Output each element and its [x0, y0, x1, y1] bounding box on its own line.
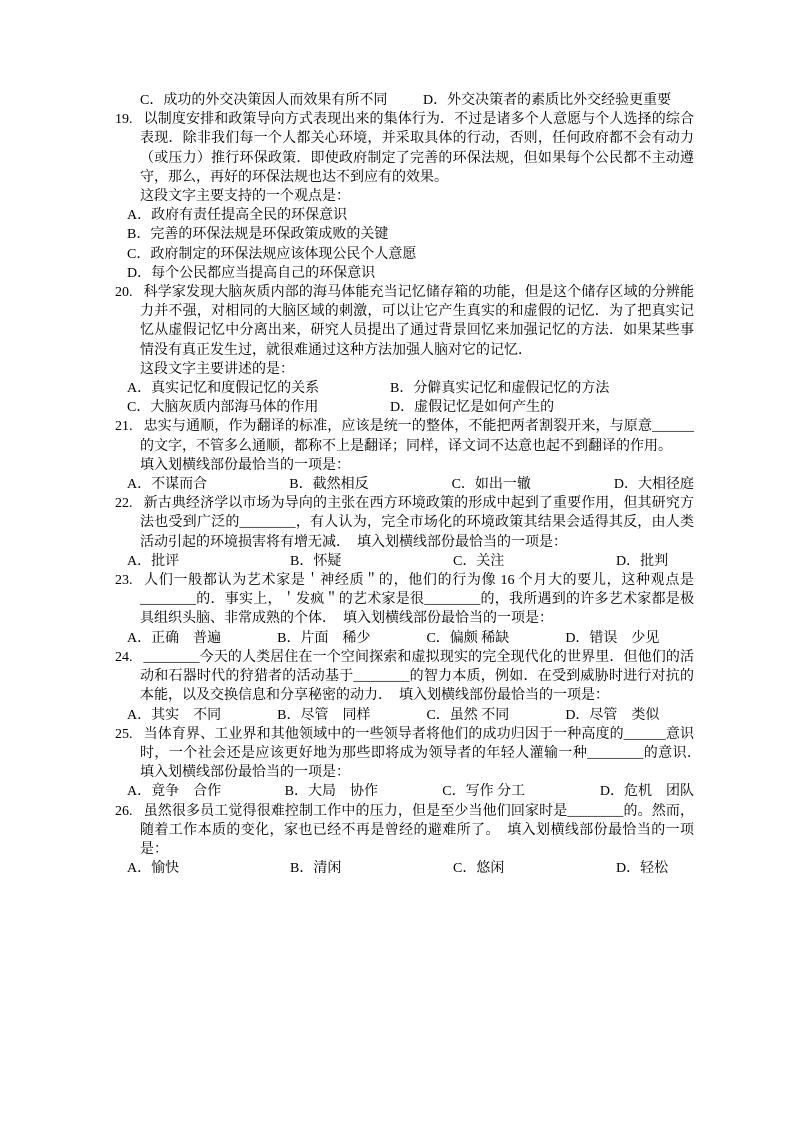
question-23-options: A．正确 普遍B．片面 稀少C．偏颇 稀缺D．错误 少见	[105, 629, 694, 648]
question-21-option-a: A．不谋而合	[127, 475, 289, 494]
question-21-stem: 填入划横线部份最恰当的一项是：	[103, 456, 694, 475]
question-21-option-d: D．大相径庭	[614, 475, 694, 494]
question-19-option-a: A．政府有责任提高全民的环保意识	[127, 206, 694, 225]
question-18-option-d: D．外交决策者的素质比外交经验更重要	[423, 91, 671, 110]
question-20-option-d: D．虚假记忆是如何产生的	[390, 398, 694, 417]
question-23-body: 23.人们一般都认为艺术家是＇神经质＂的，他们的行为像 16 个月大的要儿，这种…	[103, 571, 694, 629]
question-24: 24.________今天的人类居住在一个空间探索和虚拟现实的完全现代化的世界里…	[103, 648, 694, 725]
question-21-text: 忠实与通顺，作为翻译的标准，应该是统一的整体，不能把两者割裂开来，与原意____…	[140, 419, 694, 453]
question-21-option-c: C．如出一辙	[452, 475, 614, 494]
question-24-option-d: D．尽管 类似	[565, 708, 659, 723]
question-26-option-b: B．清闲	[290, 859, 453, 878]
question-22-option-b: B．怀疑	[290, 552, 453, 571]
question-24-number: 24.	[115, 650, 133, 665]
question-22: 22.新古典经济学以市场为导向的主张在西方环境政策的形成中起到了重要作用，但其研…	[103, 494, 694, 571]
question-22-option-c: C．关注	[453, 552, 616, 571]
question-25: 25.当体育界、工业界和其他领域中的一些领导者将他们的成功归因于一种高度的___…	[103, 725, 694, 802]
question-22-body: 22.新古典经济学以市场为导向的主张在西方环境政策的形成中起到了重要作用，但其研…	[103, 494, 694, 552]
question-20-option-a: A．真实记忆和度假记忆的关系	[127, 379, 390, 398]
question-20-option-b: B．分僻真实记忆和虚假记忆的方法	[390, 379, 694, 398]
question-20-option-c: C．大脑灰质内部海马体的作用	[127, 398, 390, 417]
question-19-option-d: D．每个公民都应当提高自己的环保意识	[127, 264, 694, 283]
question-20-body: 20.科学家发现大脑灰质内部的海马体能充当记忆储存箱的功能，但是这个储存区域的分…	[103, 283, 694, 360]
question-19-stem: 这段文字主要支持的一个观点是：	[103, 187, 694, 206]
question-24-options: A．其实 不同B．尽管 同样C．虽然 不同D．尽管 类似	[105, 706, 694, 725]
question-21-number: 21.	[115, 419, 133, 434]
exam-page: C．成功的外交决策因人而效果有所不同 D．外交决策者的素质比外交经验更重要 19…	[0, 0, 794, 1123]
question-18-tail-options: C．成功的外交决策因人而效果有所不同 D．外交决策者的素质比外交经验更重要	[103, 91, 694, 110]
question-18-option-c: C．成功的外交决策因人而效果有所不同	[140, 91, 423, 110]
question-21-option-b: B．截然相反	[289, 475, 451, 494]
question-26-option-c: C．悠闲	[453, 859, 616, 878]
question-19-options: A．政府有责任提高全民的环保意识 B．完善的环保法规是环保政策成败的关键 C．政…	[103, 206, 694, 283]
question-19-text: 以制度安排和政策导向方式表现出来的集体行为．不过是诸多个人意愿与个人选择的综合表…	[140, 112, 694, 185]
question-26-option-d: D．轻松	[616, 859, 668, 878]
question-22-text: 新古典经济学以市场为导向的主张在西方环境政策的形成中起到了重要作用，但其研究方法…	[140, 496, 694, 549]
question-19-number: 19.	[115, 112, 133, 127]
question-21-body: 21.忠实与通顺，作为翻译的标准，应该是统一的整体，不能把两者割裂开来，与原意_…	[103, 417, 694, 455]
question-25-number: 25.	[115, 727, 133, 742]
question-19-option-c: C．政府制定的环保法规应该体现公民个人意愿	[127, 245, 694, 264]
question-24-text: ________今天的人类居住在一个空间探索和虚拟现实的完全现代化的世界里．但他…	[140, 650, 694, 703]
question-26-body: 26.虽然很多员工觉得很难控制工作中的压力，但是至少当他们回家时是_______…	[103, 802, 694, 860]
question-21: 21.忠实与通顺，作为翻译的标准，应该是统一的整体，不能把两者割裂开来，与原意_…	[103, 417, 694, 494]
question-26-options: A．愉快 B．清闲 C．悠闲 D．轻松	[103, 859, 694, 878]
question-25-options: A．竟争 合作 B．大局 协作 C．写作 分工 D．危机 团队	[103, 782, 694, 801]
question-25-option-a: A．竟争 合作	[127, 782, 285, 801]
question-26-option-a: A．愉快	[127, 859, 290, 878]
question-25-text: 当体育界、工业界和其他领域中的一些领导者将他们的成功归因于一种高度的______…	[140, 727, 708, 780]
question-20-number: 20.	[115, 285, 133, 300]
question-24-option-c: C．虽然 不同	[426, 708, 509, 723]
question-20-options: A．真实记忆和度假记忆的关系 B．分僻真实记忆和虚假记忆的方法 C．大脑灰质内部…	[103, 379, 694, 417]
question-23-option-c: C．偏颇 稀缺	[426, 631, 509, 646]
question-23: 23.人们一般都认为艺术家是＇神经质＂的，他们的行为像 16 个月大的要儿，这种…	[103, 571, 694, 648]
question-26-text: 虽然很多员工觉得很难控制工作中的压力，但是至少当他们回家时是________的。…	[140, 804, 694, 857]
question-19-option-b: B．完善的环保法规是环保政策成败的关键	[127, 225, 694, 244]
question-20-stem: 这段文字主要讲述的是：	[103, 360, 694, 379]
question-24-option-b: B．尽管 同样	[277, 708, 370, 723]
question-22-option-a: A．批评	[127, 552, 290, 571]
question-23-option-d: D．错误 少见	[565, 631, 659, 646]
question-26-number: 26.	[115, 804, 133, 819]
question-25-option-c: C．写作 分工	[442, 782, 600, 801]
question-23-number: 23.	[115, 573, 133, 588]
question-22-options: A．批评 B．怀疑 C．关注 D．批判	[103, 552, 694, 571]
question-26: 26.虽然很多员工觉得很难控制工作中的压力，但是至少当他们回家时是_______…	[103, 802, 694, 879]
question-25-body: 25.当体育界、工业界和其他领域中的一些领导者将他们的成功归因于一种高度的___…	[103, 725, 694, 783]
question-23-option-b: B．片面 稀少	[277, 631, 370, 646]
question-21-options: A．不谋而合 B．截然相反 C．如出一辙 D．大相径庭	[103, 475, 694, 494]
question-20: 20.科学家发现大脑灰质内部的海马体能充当记忆储存箱的功能，但是这个储存区域的分…	[103, 283, 694, 417]
question-25-option-b: B．大局 协作	[285, 782, 443, 801]
question-24-body: 24.________今天的人类居住在一个空间探索和虚拟现实的完全现代化的世界里…	[103, 648, 694, 706]
question-22-number: 22.	[115, 496, 133, 511]
question-22-option-d: D．批判	[616, 552, 668, 571]
question-23-option-a: A．正确 普遍	[127, 631, 221, 646]
question-25-option-d: D．危机 团队	[600, 782, 694, 801]
question-20-text: 科学家发现大脑灰质内部的海马体能充当记忆储存箱的功能，但是这个储存区域的分辨能力…	[140, 285, 694, 358]
question-24-option-a: A．其实 不同	[127, 708, 221, 723]
question-19-body: 19.以制度安排和政策导向方式表现出来的集体行为．不过是诸多个人意愿与个人选择的…	[103, 110, 694, 187]
question-23-text: 人们一般都认为艺术家是＇神经质＂的，他们的行为像 16 个月大的要儿，这种观点是…	[140, 573, 694, 626]
question-19: 19.以制度安排和政策导向方式表现出来的集体行为．不过是诸多个人意愿与个人选择的…	[103, 110, 694, 283]
